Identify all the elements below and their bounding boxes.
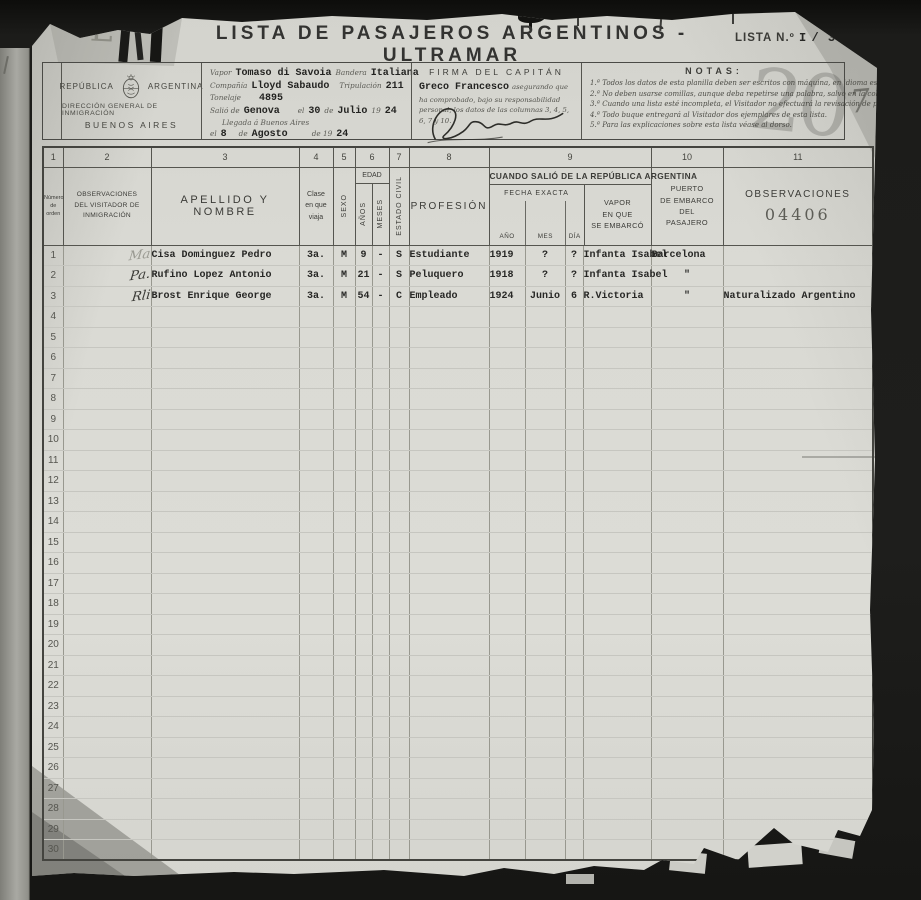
cell-name xyxy=(151,573,299,594)
table-row: 28 xyxy=(43,799,873,820)
cell-row-number: 6 xyxy=(43,348,63,369)
cell-name xyxy=(151,450,299,471)
cell-ano xyxy=(489,389,525,410)
cell-prof xyxy=(409,471,489,492)
cell-obs xyxy=(63,594,151,615)
cell-mes xyxy=(525,491,565,512)
cell-sexo xyxy=(333,655,355,676)
cell-meses xyxy=(372,409,389,430)
cell-dia xyxy=(565,430,583,451)
cell-anos xyxy=(355,819,372,840)
cell-sexo: M xyxy=(333,245,355,266)
cell-mes xyxy=(525,327,565,348)
header-vapor-embarco: VAPOR EN QUE SE EMBARCÓ xyxy=(585,185,651,245)
cell-vapor xyxy=(583,778,651,799)
passenger-rows: 1MaCisa Dominguez Pedro3a.M9-SEstudiante… xyxy=(43,245,873,860)
cell-puerto xyxy=(651,512,723,533)
cell-dia xyxy=(565,327,583,348)
cell-name xyxy=(151,676,299,697)
table-row: 8 xyxy=(43,389,873,410)
cell-mes: Junio xyxy=(525,286,565,307)
cell-puerto xyxy=(651,409,723,430)
cell-obs xyxy=(63,696,151,717)
cell-estado xyxy=(389,758,409,779)
scanned-document: E 7 LISTA DE PASAJEROS ARGENTINOS - ULTR… xyxy=(0,0,921,900)
col-number: 11 xyxy=(723,147,873,167)
issuer-city: BUENOS AIRES xyxy=(85,120,178,130)
issuer-box: REPÚBLICA ARGENTINA DIRECCIÓN GENERAL DE… xyxy=(61,63,201,139)
cell-puerto xyxy=(651,573,723,594)
cell-obsv xyxy=(723,717,873,738)
cell-obsv xyxy=(723,471,873,492)
col-number: 7 xyxy=(389,147,409,167)
cell-row-number: 19 xyxy=(43,614,63,635)
field-llegada: el 8 de Agosto de 19 24 xyxy=(210,129,405,140)
cell-mes xyxy=(525,368,565,389)
cell-dia xyxy=(565,614,583,635)
table-row: 14 xyxy=(43,512,873,533)
cell-prof xyxy=(409,819,489,840)
cell-puerto xyxy=(651,471,723,492)
list-number-value: I xyxy=(799,31,807,45)
cell-obs xyxy=(63,389,151,410)
cell-meses xyxy=(372,307,389,328)
cell-row-number: 3 xyxy=(43,286,63,307)
cell-anos xyxy=(355,840,372,861)
table-row: 19 xyxy=(43,614,873,635)
cell-clase xyxy=(299,430,333,451)
cell-meses xyxy=(372,676,389,697)
cell-mes: ? xyxy=(525,245,565,266)
cell-puerto xyxy=(651,348,723,369)
cell-ano xyxy=(489,778,525,799)
header-mes: MES xyxy=(525,201,565,245)
cell-meses xyxy=(372,553,389,574)
cell-anos xyxy=(355,614,372,635)
cell-ano xyxy=(489,655,525,676)
cell-row-number: 22 xyxy=(43,676,63,697)
cell-anos xyxy=(355,450,372,471)
adjacent-page-edge xyxy=(0,48,30,900)
cell-puerto xyxy=(651,758,723,779)
cell-meses xyxy=(372,368,389,389)
field-vapor: Vapor Tomaso di Savoia Bandera Italiana xyxy=(210,68,405,79)
cell-obs: Rli xyxy=(63,286,151,307)
cell-vapor: Infanta Isabel xyxy=(583,266,651,287)
table-row: 13 xyxy=(43,491,873,512)
cell-prof xyxy=(409,676,489,697)
cell-vapor xyxy=(583,307,651,328)
cell-prof xyxy=(409,532,489,553)
header-cuando-salio: CUANDO SALIÓ DE LA REPÚBLICA ARGENTINA F… xyxy=(489,167,651,245)
cell-clase xyxy=(299,840,333,861)
cell-clase xyxy=(299,799,333,820)
cell-name xyxy=(151,758,299,779)
cell-obsv xyxy=(723,245,873,266)
cell-name xyxy=(151,614,299,635)
cell-mes xyxy=(525,840,565,861)
paper-fragment xyxy=(747,842,802,868)
cell-row-number: 10 xyxy=(43,430,63,451)
col-number: 4 xyxy=(299,147,333,167)
cell-mes xyxy=(525,717,565,738)
cell-vapor: Infanta Isabel xyxy=(583,245,651,266)
cell-obs xyxy=(63,450,151,471)
cell-ano xyxy=(489,676,525,697)
cell-mes xyxy=(525,348,565,369)
cell-anos xyxy=(355,471,372,492)
cell-sexo xyxy=(333,676,355,697)
cell-name xyxy=(151,799,299,820)
cell-obsv: Naturalizado Argentino xyxy=(723,286,873,307)
cell-row-number: 1 xyxy=(43,245,63,266)
cell-obs: Ma xyxy=(63,245,151,266)
cell-obs xyxy=(63,758,151,779)
cell-puerto xyxy=(651,389,723,410)
cell-clase xyxy=(299,450,333,471)
captain-name: Greco Francesco xyxy=(419,82,509,93)
cell-anos xyxy=(355,491,372,512)
cell-dia xyxy=(565,655,583,676)
cell-sexo: M xyxy=(333,286,355,307)
cell-sexo xyxy=(333,819,355,840)
form-header: REPÚBLICA ARGENTINA DIRECCIÓN GENERAL DE… xyxy=(42,62,845,140)
cell-anos xyxy=(355,635,372,656)
cell-obs: Pa. xyxy=(63,266,151,287)
cell-row-number: 5 xyxy=(43,327,63,348)
stamped-serial-number: 04406 xyxy=(724,205,873,224)
cell-ano xyxy=(489,799,525,820)
cell-obsv xyxy=(723,594,873,615)
cell-mes xyxy=(525,307,565,328)
cell-anos xyxy=(355,594,372,615)
cell-obsv xyxy=(723,348,873,369)
cell-clase xyxy=(299,409,333,430)
cell-dia xyxy=(565,737,583,758)
cell-puerto xyxy=(651,532,723,553)
cell-estado: S xyxy=(389,266,409,287)
cell-vapor xyxy=(583,512,651,533)
cell-name xyxy=(151,532,299,553)
cell-estado xyxy=(389,389,409,410)
col-number: 5 xyxy=(333,147,355,167)
cell-meses xyxy=(372,819,389,840)
cell-vapor xyxy=(583,409,651,430)
cell-name xyxy=(151,348,299,369)
cell-estado xyxy=(389,512,409,533)
cell-meses: - xyxy=(372,286,389,307)
col-number: 2 xyxy=(63,147,151,167)
cell-dia xyxy=(565,409,583,430)
cell-obs xyxy=(63,471,151,492)
cell-dia xyxy=(565,635,583,656)
cell-meses xyxy=(372,430,389,451)
table-row: 17 xyxy=(43,573,873,594)
cell-sexo xyxy=(333,512,355,533)
cell-sexo xyxy=(333,614,355,635)
cell-ano xyxy=(489,368,525,389)
cell-row-number: 13 xyxy=(43,491,63,512)
cell-ano: 1918 xyxy=(489,266,525,287)
cell-row-number: 21 xyxy=(43,655,63,676)
cell-anos xyxy=(355,327,372,348)
cell-estado xyxy=(389,676,409,697)
table-row: 24 xyxy=(43,717,873,738)
cell-ano xyxy=(489,307,525,328)
cell-prof xyxy=(409,389,489,410)
cell-prof xyxy=(409,758,489,779)
cell-meses xyxy=(372,532,389,553)
cell-obs xyxy=(63,635,151,656)
cell-obs xyxy=(63,368,151,389)
cell-obsv xyxy=(723,553,873,574)
cell-estado xyxy=(389,717,409,738)
cell-obsv xyxy=(723,799,873,820)
cell-dia xyxy=(565,799,583,820)
table-row: 7 xyxy=(43,368,873,389)
captain-box-title: FIRMA DEL CAPITÁN xyxy=(419,67,574,77)
cell-sexo xyxy=(333,471,355,492)
cell-clase xyxy=(299,368,333,389)
cell-row-number: 15 xyxy=(43,532,63,553)
cell-vapor xyxy=(583,717,651,738)
cell-estado xyxy=(389,594,409,615)
cell-mes xyxy=(525,594,565,615)
torn-edge-mark xyxy=(118,24,130,63)
cell-ano xyxy=(489,553,525,574)
table-row: 29 xyxy=(43,819,873,840)
cell-obsv xyxy=(723,409,873,430)
cell-obs xyxy=(63,491,151,512)
cell-name xyxy=(151,327,299,348)
cell-row-number: 24 xyxy=(43,717,63,738)
passenger-table: 1 2 3 4 5 6 7 8 9 10 11 Número de orden … xyxy=(42,146,874,861)
cell-vapor xyxy=(583,737,651,758)
cell-estado xyxy=(389,655,409,676)
cell-ano xyxy=(489,327,525,348)
header-apellido-nombre: APELLIDO Y NOMBRE xyxy=(151,167,299,245)
column-number-row: 1 2 3 4 5 6 7 8 9 10 11 xyxy=(43,147,873,167)
list-number-suffix: / 3 xyxy=(811,31,836,45)
cell-obs xyxy=(63,532,151,553)
cell-obsv xyxy=(723,368,873,389)
cell-prof xyxy=(409,655,489,676)
cell-name xyxy=(151,840,299,861)
cell-name xyxy=(151,635,299,656)
cell-puerto xyxy=(651,840,723,861)
cell-name xyxy=(151,491,299,512)
cell-sexo xyxy=(333,799,355,820)
cell-estado xyxy=(389,635,409,656)
table-row: 12 xyxy=(43,471,873,492)
cell-dia xyxy=(565,368,583,389)
cell-sexo xyxy=(333,430,355,451)
cell-name: Brost Enrique George xyxy=(151,286,299,307)
cell-prof xyxy=(409,430,489,451)
cell-estado xyxy=(389,471,409,492)
cell-estado xyxy=(389,430,409,451)
cell-anos xyxy=(355,676,372,697)
cell-estado xyxy=(389,327,409,348)
cell-meses xyxy=(372,348,389,369)
cell-obsv xyxy=(723,430,873,451)
header-anos: AÑOS xyxy=(356,184,372,245)
cell-meses xyxy=(372,491,389,512)
header-dia: DÍA xyxy=(565,201,584,245)
cell-ano xyxy=(489,471,525,492)
cell-meses xyxy=(372,614,389,635)
cell-puerto xyxy=(651,307,723,328)
cell-sexo xyxy=(333,348,355,369)
ink-mark xyxy=(732,10,734,24)
cell-row-number: 28 xyxy=(43,799,63,820)
cell-clase: 3a. xyxy=(299,245,333,266)
coat-of-arms xyxy=(120,73,142,100)
cell-prof xyxy=(409,799,489,820)
faded-round-stamp: 20 xyxy=(745,49,850,156)
cell-estado xyxy=(389,348,409,369)
cell-puerto xyxy=(651,696,723,717)
cell-sexo xyxy=(333,594,355,615)
cell-clase xyxy=(299,655,333,676)
table-row: 10 xyxy=(43,430,873,451)
cell-ano xyxy=(489,532,525,553)
cell-mes xyxy=(525,758,565,779)
cell-ano: 1924 xyxy=(489,286,525,307)
cell-vapor xyxy=(583,635,651,656)
cell-obsv xyxy=(723,512,873,533)
cell-meses xyxy=(372,573,389,594)
cell-vapor xyxy=(583,594,651,615)
col-number: 9 xyxy=(489,147,651,167)
table-row: 27 xyxy=(43,778,873,799)
margin-cell xyxy=(43,63,61,139)
cell-row-number: 9 xyxy=(43,409,63,430)
table-row: 20 xyxy=(43,635,873,656)
cell-row-number: 30 xyxy=(43,840,63,861)
cell-clase xyxy=(299,307,333,328)
header-ano: AÑO xyxy=(490,201,525,245)
cell-puerto xyxy=(651,327,723,348)
cell-prof xyxy=(409,512,489,533)
cell-obs xyxy=(63,778,151,799)
cell-obsv xyxy=(723,778,873,799)
cell-estado xyxy=(389,614,409,635)
header-edad: EDAD AÑOS MESES xyxy=(355,167,389,245)
cell-estado xyxy=(389,799,409,820)
cell-obsv xyxy=(723,307,873,328)
cell-vapor xyxy=(583,348,651,369)
cell-obsv xyxy=(723,327,873,348)
paper-fragment xyxy=(566,874,594,884)
field-compania: Compañía Lloyd Sabaudo Tripulación 211 xyxy=(210,81,405,92)
cell-vapor xyxy=(583,430,651,451)
cell-ano xyxy=(489,840,525,861)
table-row: 23 xyxy=(43,696,873,717)
table-row: 18 xyxy=(43,594,873,615)
table-row: 1MaCisa Dominguez Pedro3a.M9-SEstudiante… xyxy=(43,245,873,266)
cell-sexo xyxy=(333,737,355,758)
cell-dia xyxy=(565,532,583,553)
cell-prof xyxy=(409,368,489,389)
cell-dia xyxy=(565,512,583,533)
cell-prof xyxy=(409,737,489,758)
cell-vapor xyxy=(583,614,651,635)
cell-clase xyxy=(299,614,333,635)
cell-anos xyxy=(355,553,372,574)
column-header-row: Número de orden OBSERVACIONES DEL VISITA… xyxy=(43,167,873,245)
cell-meses xyxy=(372,696,389,717)
cell-anos xyxy=(355,409,372,430)
cell-puerto xyxy=(651,430,723,451)
cell-sexo xyxy=(333,717,355,738)
cell-prof: Empleado xyxy=(409,286,489,307)
table-row: 21 xyxy=(43,655,873,676)
cell-obs xyxy=(63,840,151,861)
cell-obs xyxy=(63,512,151,533)
cell-ano xyxy=(489,635,525,656)
table-row: 9 xyxy=(43,409,873,430)
cell-meses xyxy=(372,389,389,410)
cell-puerto: Barcelona xyxy=(651,245,723,266)
cell-obsv xyxy=(723,758,873,779)
cell-dia xyxy=(565,389,583,410)
cell-estado xyxy=(389,450,409,471)
cell-obsv xyxy=(723,737,873,758)
cell-ano xyxy=(489,348,525,369)
list-number: LISTA N.º I / 3 xyxy=(735,31,836,45)
field-salida: Salió de Genova el 30 de Julio 19 24 xyxy=(210,106,405,117)
cell-name xyxy=(151,594,299,615)
cell-prof xyxy=(409,348,489,369)
cell-vapor xyxy=(583,327,651,348)
cell-row-number: 23 xyxy=(43,696,63,717)
cell-mes xyxy=(525,573,565,594)
cell-prof xyxy=(409,491,489,512)
cell-name xyxy=(151,471,299,492)
cell-row-number: 27 xyxy=(43,778,63,799)
cell-name xyxy=(151,696,299,717)
cell-obs xyxy=(63,655,151,676)
cell-row-number: 25 xyxy=(43,737,63,758)
cell-prof xyxy=(409,594,489,615)
table-row: 5 xyxy=(43,327,873,348)
cell-meses xyxy=(372,758,389,779)
cell-name xyxy=(151,553,299,574)
cell-obs xyxy=(63,430,151,451)
cell-estado xyxy=(389,840,409,861)
cell-vapor xyxy=(583,389,651,410)
cell-meses xyxy=(372,737,389,758)
cell-clase xyxy=(299,696,333,717)
cell-mes xyxy=(525,737,565,758)
cell-dia xyxy=(565,553,583,574)
cell-dia xyxy=(565,717,583,738)
cell-clase xyxy=(299,819,333,840)
cell-mes xyxy=(525,635,565,656)
cell-clase xyxy=(299,327,333,348)
pencil-tick-mark xyxy=(3,56,9,74)
cell-sexo xyxy=(333,635,355,656)
cell-dia xyxy=(565,758,583,779)
cell-dia xyxy=(565,573,583,594)
cell-anos: 54 xyxy=(355,286,372,307)
cell-estado xyxy=(389,778,409,799)
cell-sexo xyxy=(333,327,355,348)
cell-row-number: 2 xyxy=(43,266,63,287)
cell-row-number: 17 xyxy=(43,573,63,594)
cell-vapor xyxy=(583,573,651,594)
